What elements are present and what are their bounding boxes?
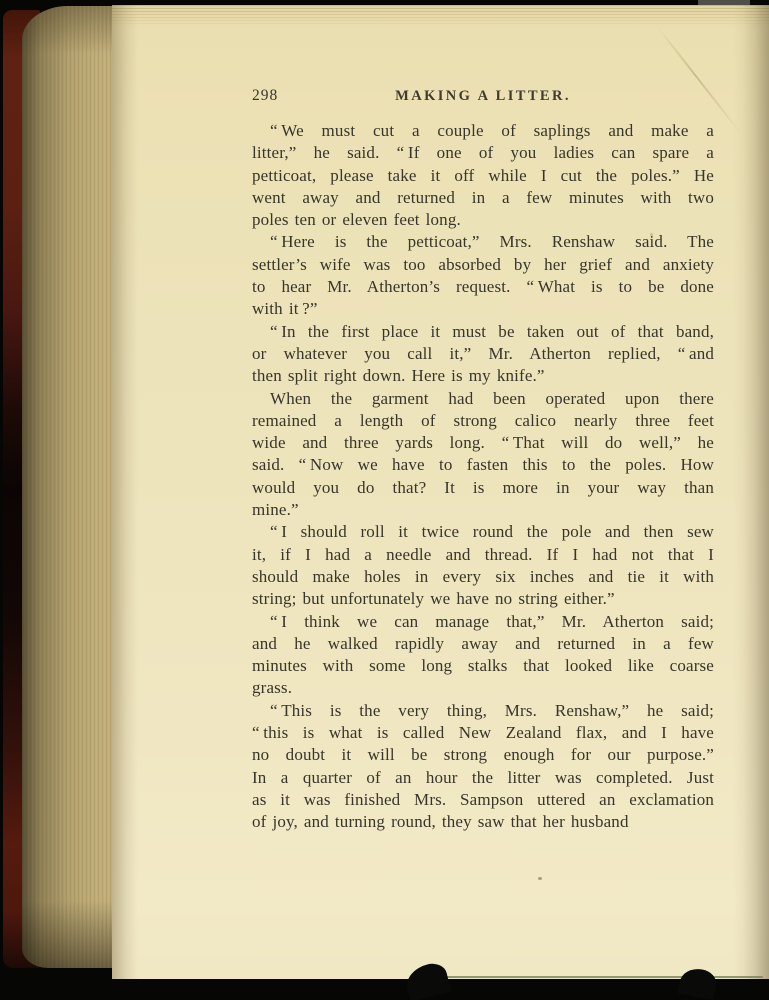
- paragraph: “ In the first place it must be taken ou…: [252, 321, 714, 388]
- text-line: of joy, and turning round, they saw that…: [252, 811, 714, 833]
- text-line: wide and three yards long. “ That will d…: [252, 432, 714, 454]
- page-header: 298 MAKING A LITTER.: [252, 87, 714, 107]
- text-line: settler’s wife was too absorbed by her g…: [252, 254, 714, 276]
- paragraph: “ Here is the petticoat,” Mrs. Renshaw s…: [252, 231, 714, 320]
- text-line: minutes with some long stalks that looke…: [252, 655, 714, 677]
- text-line: remained a length of strong calico nearl…: [252, 410, 714, 432]
- paper-speck: [538, 877, 542, 880]
- text-line: went away and returned in a few minutes …: [252, 187, 714, 209]
- text-line: “ I should roll it twice round the pole …: [252, 521, 714, 543]
- scanner-edge-artifact: [698, 0, 750, 5]
- text-line: it, if I had a needle and thread. If I h…: [252, 544, 714, 566]
- text-line: “ I think we can manage that,” Mr. Ather…: [252, 611, 714, 633]
- paragraph: “ This is the very thing, Mrs. Renshaw,”…: [252, 700, 714, 834]
- text-line: as it was finished Mrs. Sampson uttered …: [252, 789, 714, 811]
- text-line: “ this is what is called New Zealand fla…: [252, 722, 714, 744]
- text-line: mine.”: [252, 499, 714, 521]
- text-line: “ We must cut a couple of saplings and m…: [252, 120, 714, 142]
- text-line: poles ten or eleven feet long.: [252, 209, 714, 231]
- text-line: “ In the first place it must be taken ou…: [252, 321, 714, 343]
- paragraph: When the garment had been operated upon …: [252, 388, 714, 522]
- body-text: “ We must cut a couple of saplings and m…: [252, 120, 714, 834]
- paragraph: “ We must cut a couple of saplings and m…: [252, 120, 714, 231]
- text-line: When the garment had been operated upon …: [252, 388, 714, 410]
- text-line: litter,” he said. “ If one of you ladies…: [252, 142, 714, 164]
- text-line: and he walked rapidly away and returned …: [252, 633, 714, 655]
- text-line: with it ?”: [252, 298, 714, 320]
- text-line: petticoat, please take it off while I cu…: [252, 165, 714, 187]
- scanned-book-photo: 298 MAKING A LITTER. “ We must cut a cou…: [0, 0, 769, 1000]
- page-right-curve-shadow: [733, 5, 769, 979]
- text-line: In a quarter of an hour the litter was c…: [252, 767, 714, 789]
- text-line: grass.: [252, 677, 714, 699]
- text-line: would you do that? It is more in your wa…: [252, 477, 714, 499]
- text-line: or whatever you call it,” Mr. Atherton r…: [252, 343, 714, 365]
- text-line: then split right down. Here is my knife.…: [252, 365, 714, 387]
- page-crease: [657, 27, 741, 134]
- paragraph: “ I should roll it twice round the pole …: [252, 521, 714, 610]
- text-line: no doubt it will be strong enough for ou…: [252, 744, 714, 766]
- text-line: to hear Mr. Atherton’s request. “ What i…: [252, 276, 714, 298]
- text-line: “ Here is the petticoat,” Mrs. Renshaw s…: [252, 231, 714, 253]
- page-edge-stack: [22, 6, 124, 968]
- paragraph: “ I think we can manage that,” Mr. Ather…: [252, 611, 714, 700]
- text-line: said. “ Now we have to fasten this to th…: [252, 454, 714, 476]
- running-header-title: MAKING A LITTER.: [252, 88, 714, 105]
- text-line: string; but unfortunately we have no str…: [252, 588, 714, 610]
- text-line: “ This is the very thing, Mrs. Renshaw,”…: [252, 700, 714, 722]
- book-page: 298 MAKING A LITTER. “ We must cut a cou…: [112, 5, 769, 979]
- text-line: should make holes in every six inches an…: [252, 566, 714, 588]
